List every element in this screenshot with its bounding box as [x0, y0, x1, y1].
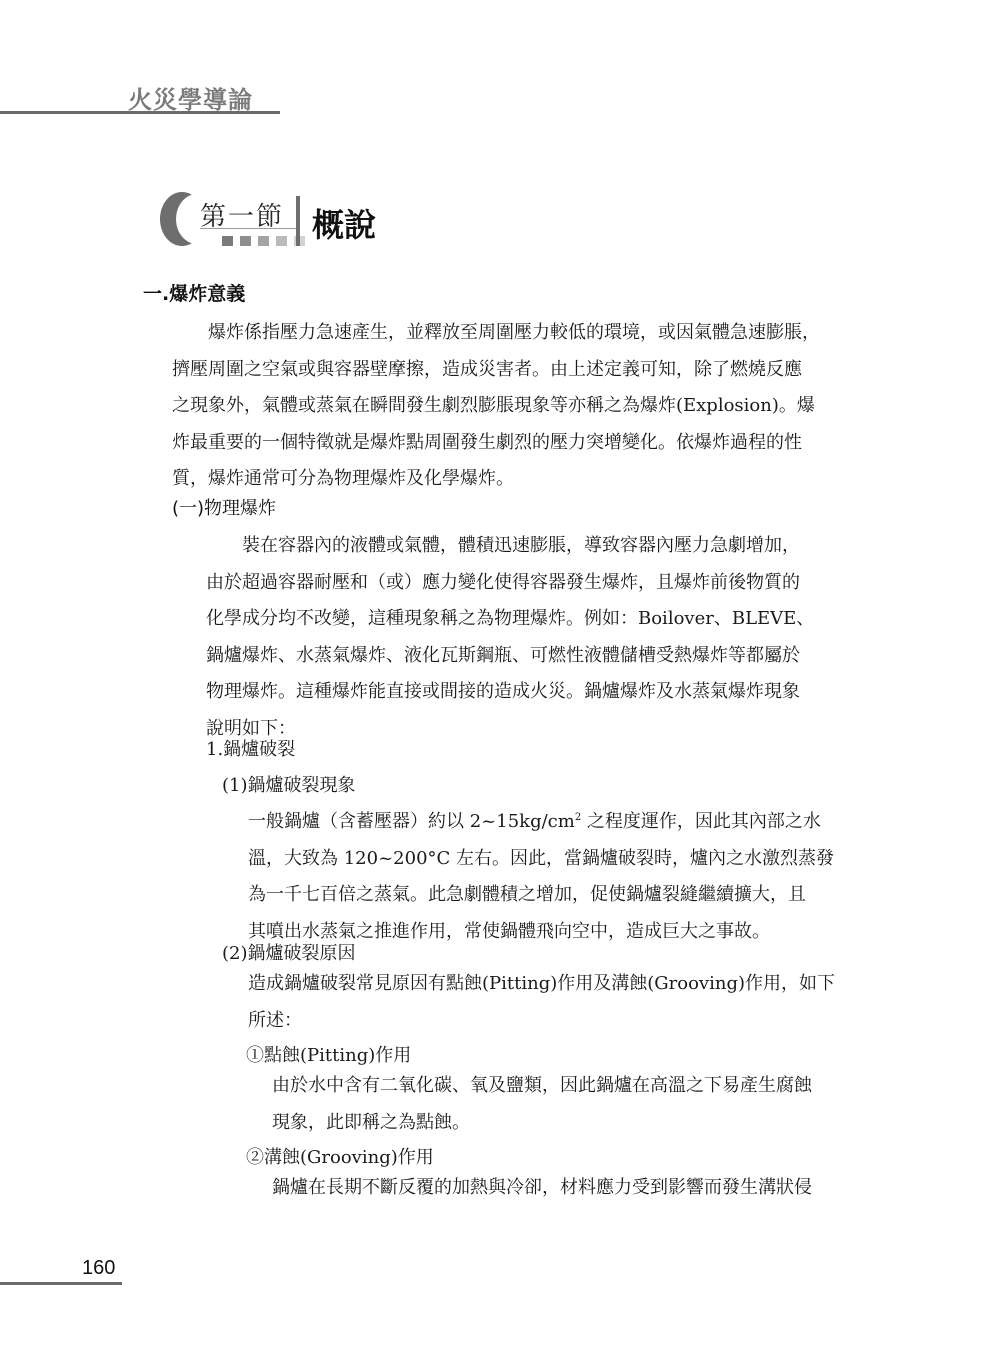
- square-icon: [258, 236, 269, 246]
- paragraph-line: 化學成分均不改變，這種現象稱之為物理爆炸。例如：Boilover、BLEVE、: [206, 601, 862, 638]
- paragraph-line: 為一千七百倍之蒸氣。此急劇體積之增加，促使鍋爐裂縫繼續擴大，且: [248, 877, 862, 914]
- paragraph-line: 由於水中含有二氧化碳、氧及鹽類，因此鍋爐在高溫之下易產生腐蝕: [272, 1068, 862, 1105]
- paragraph-line: 現象，此即稱之為點蝕。: [272, 1105, 862, 1142]
- paragraph-line: 鍋爐爆炸、水蒸氣爆炸、液化瓦斯鋼瓶、可燃性液體儲槽受熱爆炸等都屬於: [206, 638, 862, 675]
- page-number: 160: [82, 1257, 115, 1280]
- heading-physical-explosion: (一)物理爆炸: [172, 494, 276, 520]
- decorative-squares: [222, 236, 305, 246]
- paragraph-line: 之現象外，氣體或蒸氣在瞬間發生劇烈膨脹現象等亦稱之為爆炸(Explosion)。…: [172, 388, 862, 425]
- paragraph-line: 物理爆炸。這種爆炸能直接或間接的造成火災。鍋爐爆炸及水蒸氣爆炸現象: [206, 674, 862, 711]
- paragraph-line: 一般鍋爐（含蓄壓器）約以 2~15kg/cm2 之程度運作，因此其內部之水: [248, 800, 862, 841]
- pitting-paragraph: 由於水中含有二氧化碳、氧及鹽類，因此鍋爐在高溫之下易產生腐蝕 現象，此即稱之為點…: [272, 1068, 862, 1141]
- section-divider-bar: [296, 196, 300, 246]
- physical-paragraph: 裝在容器內的液體或氣體，體積迅速膨脹，導致容器內壓力急劇增加， 由於超過容器耐壓…: [206, 528, 862, 747]
- square-icon: [240, 236, 251, 246]
- running-head: 火災學導論: [128, 80, 253, 115]
- paragraph-line: 溫，大致為 120~200°C 左右。因此，當鍋爐破裂時，爐內之水激烈蒸發: [248, 841, 862, 878]
- square-icon: [276, 236, 287, 246]
- paragraph-line: 擠壓周圍之空氣或與容器壁摩擦，造成災害者。由上述定義可知，除了燃燒反應: [172, 352, 862, 389]
- item-boiler-rupture-phenomenon: (1)鍋爐破裂現象: [222, 771, 356, 797]
- square-icon: [222, 236, 233, 246]
- paragraph-line: 炸最重要的一個特徵就是爆炸點周圍發生劇烈的壓力突增變化。依爆炸過程的性: [172, 425, 862, 462]
- footer-rule: [0, 1282, 122, 1285]
- section-banner: 第一節 概說: [160, 190, 400, 250]
- grooving-paragraph: 鍋爐在長期不斷反覆的加熱與冷卻，材料應力受到影響而發生溝狀侵: [272, 1170, 862, 1207]
- paragraph-line: 鍋爐在長期不斷反覆的加熱與冷卻，材料應力受到影響而發生溝狀侵: [272, 1170, 862, 1207]
- section-underline: [200, 228, 296, 229]
- cause-paragraph: 造成鍋爐破裂常見原因有點蝕(Pitting)作用及溝蝕(Grooving)作用，…: [248, 966, 862, 1039]
- item-boiler-rupture: 1.鍋爐破裂: [206, 735, 295, 761]
- section-title: 概說: [312, 200, 376, 246]
- paragraph-line: 爆炸係指壓力急速產生，並釋放至周圍壓力較低的環境，或因氣體急速膨脹，: [172, 315, 862, 352]
- item-boiler-rupture-cause: (2)鍋爐破裂原因: [222, 939, 356, 965]
- sub-item-grooving: ②溝蝕(Grooving)作用: [246, 1143, 434, 1169]
- sub-item-pitting: ①點蝕(Pitting)作用: [246, 1041, 411, 1067]
- paragraph-line: 造成鍋爐破裂常見原因有點蝕(Pitting)作用及溝蝕(Grooving)作用，…: [248, 966, 862, 1003]
- paragraph-line: 說明如下：: [206, 711, 862, 748]
- paragraph-line: 質，爆炸通常可分為物理爆炸及化學爆炸。: [172, 461, 862, 498]
- header-rule: [0, 111, 280, 114]
- intro-paragraph: 爆炸係指壓力急速產生，並釋放至周圍壓力較低的環境，或因氣體急速膨脹， 擠壓周圍之…: [172, 315, 862, 498]
- paragraph-line: 裝在容器內的液體或氣體，體積迅速膨脹，導致容器內壓力急劇增加，: [206, 528, 862, 565]
- heading-explosion-definition: 一.爆炸意義: [143, 279, 245, 306]
- paragraph-line: 由於超過容器耐壓和（或）應力變化使得容器發生爆炸，且爆炸前後物質的: [206, 565, 862, 602]
- phenomenon-paragraph: 一般鍋爐（含蓄壓器）約以 2~15kg/cm2 之程度運作，因此其內部之水 溫，…: [248, 800, 862, 950]
- paragraph-line: 所述：: [248, 1003, 862, 1040]
